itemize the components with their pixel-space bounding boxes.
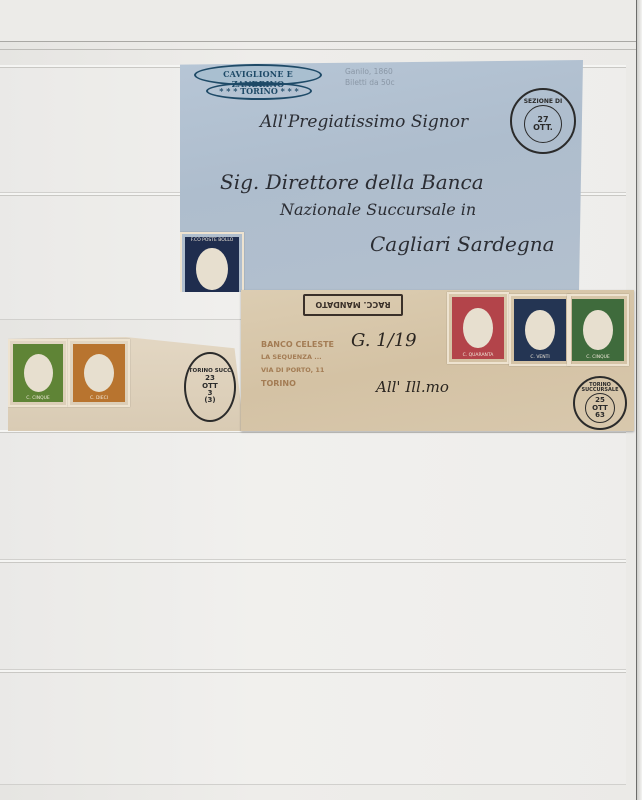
manuscript-note: G. 1/19: [351, 330, 417, 351]
piece-right-postmark: TORINO SUCCURSALE 25 OTT 63: [573, 376, 627, 430]
address-line2: Sig. Direttore della Banca: [220, 170, 484, 194]
album-strip-empty: [0, 670, 626, 785]
sender-cachet: CAVIGLIONE E ZANDRINO * * * TORINO * * *: [194, 64, 322, 104]
stamp-40c-red: C. QUARANTA: [447, 292, 509, 364]
address-line1: All'Pregiatissimo Signor: [260, 112, 468, 132]
album-top-strip: [0, 0, 642, 42]
album-strip-empty: [0, 430, 626, 560]
address-line4: Cagliari Sardegna: [370, 232, 555, 256]
album-page-edge: [636, 0, 642, 800]
pencil-note: Ganilo, 1860 Biletti da 50c: [345, 66, 395, 88]
stamp-5c-green: C. CINQUE: [567, 294, 629, 366]
postal-cover: CAVIGLIONE E ZANDRINO * * * TORINO * * *…: [180, 60, 583, 292]
cachet-line2: * * * TORINO * * *: [208, 86, 310, 96]
album-divider: [0, 49, 642, 50]
address-line3: Nazionale Succursale in: [280, 200, 476, 219]
cover-postmark: SEZIONE DI 27 OTT.: [510, 88, 576, 154]
bank-cachet: BANCO CELESTE LA SEQUENZA ... VIA DI POR…: [261, 338, 334, 390]
manuscript-address: All' Ill.mo: [376, 378, 449, 396]
album-strip-empty: [0, 560, 626, 670]
album-page: CAVIGLIONE E ZANDRINO * * * TORINO * * *…: [0, 0, 642, 800]
stamp-10c-bistre: C. DIECI: [68, 339, 130, 407]
stamp-piece-right: RACC. MANDATO BANCO CELESTE LA SEQUENZA …: [241, 290, 634, 431]
stamp-20c-blue: C. VENTI: [509, 294, 571, 366]
boxed-cancel: RACC. MANDATO: [303, 294, 403, 316]
stamp-5c-green: C. CINQUE: [8, 339, 68, 407]
piece-left-postmark: TORINO SUCC 23 OTT 3 (3): [184, 352, 236, 422]
